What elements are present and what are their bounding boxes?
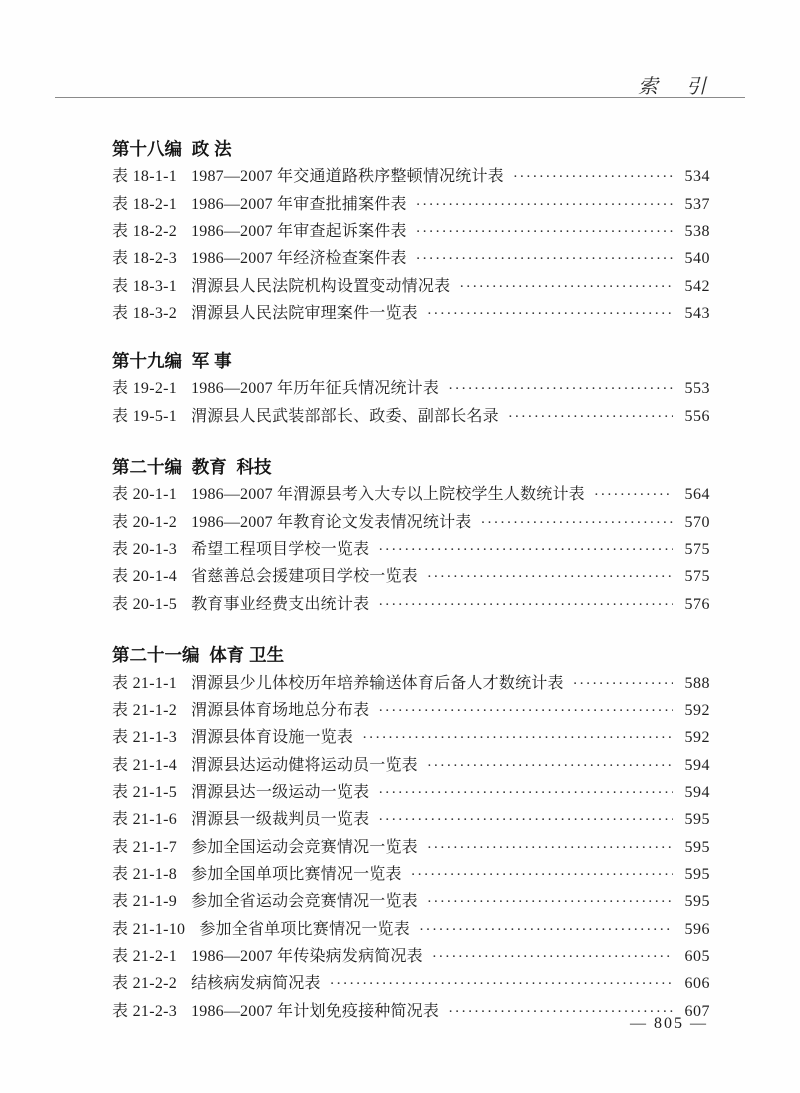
entry-title: 1986—2007 年审查批捕案件表 — [191, 191, 407, 218]
entry-page-number: 596 — [680, 916, 710, 943]
running-head-title: 索 引 — [638, 70, 712, 99]
entry-title: 渭源县体育设施一览表 — [191, 724, 353, 751]
dot-leader: ········································… — [330, 971, 673, 998]
entry-title: 1986—2007 年计划免疫接种简况表 — [191, 998, 439, 1025]
entry-title: 1986—2007 年教育论文发表情况统计表 — [191, 509, 471, 536]
entry-table-number: 表 18-2-1 — [112, 191, 177, 218]
entry-page-number: 556 — [680, 403, 710, 430]
dot-leader: ········································… — [427, 301, 673, 328]
toc-entry: 表 18-2-2 1986—2007 年审查起诉案件表 ············… — [112, 218, 710, 245]
entry-table-number: 表 21-2-3 — [112, 998, 177, 1025]
entry-page-number: 542 — [680, 273, 710, 300]
dot-leader: ········································… — [427, 889, 673, 916]
entry-title: 1986—2007 年渭源县考入大专以上院校学生人数统计表 — [191, 481, 585, 508]
toc-entry: 表 21-2-2 结核病发病简况表 ······················… — [112, 970, 710, 997]
entry-table-number: 表 21-1-7 — [112, 834, 177, 861]
dot-leader: ········································… — [427, 753, 673, 780]
dot-leader: ········································… — [378, 592, 673, 619]
toc-entry: 表 20-1-5 教育事业经费支出统计表 ···················… — [112, 591, 710, 618]
entry-page-number: 595 — [680, 834, 710, 861]
entry-table-number: 表 20-1-3 — [112, 536, 177, 563]
entry-page-number: 534 — [680, 163, 710, 190]
entry-page-number: 570 — [680, 509, 710, 536]
toc-entry: 表 21-2-1 1986—2007 年传染病发病简况表 ···········… — [112, 943, 710, 970]
entry-table-number: 表 21-1-8 — [112, 861, 177, 888]
dot-leader: ········································… — [508, 404, 673, 431]
toc-entry: 表 18-2-1 1986—2007 年审查批捕案件表 ············… — [112, 191, 710, 218]
dot-leader: ········································… — [573, 671, 673, 698]
dot-leader: ········································… — [480, 510, 673, 537]
entry-page-number: 595 — [680, 806, 710, 833]
toc-entry: 表 21-1-6 渭源县一级裁判员一览表 ···················… — [112, 806, 710, 833]
page-number: — 805 — — [630, 1015, 708, 1033]
entry-table-number: 表 18-3-2 — [112, 300, 177, 327]
toc-entry: 表 20-1-1 1986—2007 年渭源县考入大专以上院校学生人数统计表 ·… — [112, 481, 710, 508]
entry-table-number: 表 20-1-4 — [112, 563, 177, 590]
entry-table-number: 表 21-2-2 — [112, 970, 177, 997]
entry-table-number: 表 21-1-9 — [112, 888, 177, 915]
entry-page-number: 540 — [680, 245, 710, 272]
toc-entry: 表 21-1-3 渭源县体育设施一览表 ····················… — [112, 724, 710, 751]
dot-leader: ········································… — [411, 862, 673, 889]
entry-page-number: 592 — [680, 697, 710, 724]
toc-list: 第十八编 政 法 表 18-1-1 1987—2007 年交通道路秩序整顿情况统… — [112, 136, 710, 1025]
dot-leader: ········································… — [459, 274, 673, 301]
toc-entry: 表 20-1-3 希望工程项目学校一览表 ···················… — [112, 536, 710, 563]
entry-title: 1986—2007 年传染病发病简况表 — [191, 943, 423, 970]
entry-title: 1986—2007 年经济检查案件表 — [191, 245, 407, 272]
entry-title: 渭源县人民法院机构设置变动情况表 — [191, 273, 450, 300]
toc-entry: 表 21-2-3 1986—2007 年计划免疫接种简况表 ··········… — [112, 998, 710, 1025]
entry-page-number: 592 — [680, 724, 710, 751]
toc-entry: 表 20-1-4 省慈善总会援建项目学校一览表 ················… — [112, 563, 710, 590]
entry-page-number: 605 — [680, 943, 710, 970]
entry-table-number: 表 21-1-3 — [112, 724, 177, 751]
section-heading: 第二十编 教育 科技 — [112, 454, 710, 481]
entry-page-number: 575 — [680, 536, 710, 563]
dot-leader: ········································… — [378, 807, 673, 834]
entry-table-number: 表 18-2-3 — [112, 245, 177, 272]
section-heading: 第十九编 军 事 — [112, 348, 710, 375]
entry-table-number: 表 21-1-5 — [112, 779, 177, 806]
dot-leader: ········································… — [416, 192, 673, 219]
dot-leader: ········································… — [594, 482, 673, 509]
entry-page-number: 594 — [680, 752, 710, 779]
entry-title: 渭源县少儿体校历年培养输送体育后备人才数统计表 — [191, 670, 564, 697]
entry-title: 渭源县一级裁判员一览表 — [191, 806, 369, 833]
toc-entry: 表 18-2-3 1986—2007 年经济检查案件表 ············… — [112, 245, 710, 272]
header-rule — [55, 97, 745, 98]
entry-title: 1986—2007 年历年征兵情况统计表 — [191, 375, 439, 402]
entry-table-number: 表 21-1-4 — [112, 752, 177, 779]
entry-table-number: 表 18-3-1 — [112, 273, 177, 300]
entry-page-number: 543 — [680, 300, 710, 327]
entry-page-number: 595 — [680, 861, 710, 888]
entry-table-number: 表 19-5-1 — [112, 403, 177, 430]
section-heading: 第二十一编 体育 卫生 — [112, 642, 710, 669]
entry-title: 教育事业经费支出统计表 — [191, 591, 369, 618]
toc-entry: 表 18-1-1 1987—2007 年交通道路秩序整顿情况统计表 ······… — [112, 163, 710, 190]
section-heading: 第十八编 政 法 — [112, 136, 710, 163]
entry-title: 1987—2007 年交通道路秩序整顿情况统计表 — [191, 163, 504, 190]
dot-leader: ········································… — [427, 564, 673, 591]
dot-leader: ········································… — [432, 944, 673, 971]
toc-entry: 表 18-3-1 渭源县人民法院机构设置变动情况表 ··············… — [112, 273, 710, 300]
entry-page-number: 564 — [680, 481, 710, 508]
entry-title: 参加全国运动会竞赛情况一览表 — [191, 834, 418, 861]
entry-title: 渭源县人民武装部部长、政委、副部长名录 — [191, 403, 499, 430]
entry-table-number: 表 18-2-2 — [112, 218, 177, 245]
entry-title: 结核病发病简况表 — [191, 970, 321, 997]
entry-table-number: 表 21-1-10 — [112, 916, 185, 943]
entry-title: 渭源县达一级运动一览表 — [191, 779, 369, 806]
entry-title: 渭源县人民法院审理案件一览表 — [191, 300, 418, 327]
entry-title: 省慈善总会援建项目学校一览表 — [191, 563, 418, 590]
entry-table-number: 表 21-2-1 — [112, 943, 177, 970]
entry-table-number: 表 20-1-2 — [112, 509, 177, 536]
entry-page-number: 537 — [680, 191, 710, 218]
toc-entry: 表 21-1-9 参加全省运动会竞赛情况一览表 ················… — [112, 888, 710, 915]
entry-page-number: 538 — [680, 218, 710, 245]
entry-page-number: 575 — [680, 563, 710, 590]
entry-table-number: 表 21-1-1 — [112, 670, 177, 697]
entry-page-number: 576 — [680, 591, 710, 618]
toc-entry: 表 21-1-8 参加全国单项比赛情况一览表 ·················… — [112, 861, 710, 888]
entry-title: 参加全省运动会竞赛情况一览表 — [191, 888, 418, 915]
entry-table-number: 表 21-1-6 — [112, 806, 177, 833]
dot-leader: ········································… — [378, 698, 673, 725]
dot-leader: ········································… — [416, 219, 673, 246]
entry-page-number: 595 — [680, 888, 710, 915]
dot-leader: ········································… — [416, 246, 673, 273]
entry-page-number: 606 — [680, 970, 710, 997]
toc-entry: 表 20-1-2 1986—2007 年教育论文发表情况统计表 ········… — [112, 509, 710, 536]
dot-leader: ········································… — [448, 376, 673, 403]
entry-title: 参加全国单项比赛情况一览表 — [191, 861, 402, 888]
toc-entry: 表 21-1-1 渭源县少儿体校历年培养输送体育后备人才数统计表 ·······… — [112, 670, 710, 697]
toc-entry: 表 21-1-10 参加全省单项比赛情况一览表 ················… — [112, 916, 710, 943]
toc-entry: 表 18-3-2 渭源县人民法院审理案件一览表 ················… — [112, 300, 710, 327]
entry-title: 1986—2007 年审查起诉案件表 — [191, 218, 407, 245]
entry-page-number: 588 — [680, 670, 710, 697]
toc-entry: 表 21-1-5 渭源县达一级运动一览表 ···················… — [112, 779, 710, 806]
entry-page-number: 594 — [680, 779, 710, 806]
entry-page-number: 553 — [680, 375, 710, 402]
entry-table-number: 表 19-2-1 — [112, 375, 177, 402]
entry-table-number: 表 20-1-5 — [112, 591, 177, 618]
toc-entry: 表 21-1-4 渭源县达运动健将运动员一览表 ················… — [112, 752, 710, 779]
toc-entry: 表 21-1-7 参加全国运动会竞赛情况一览表 ················… — [112, 834, 710, 861]
entry-table-number: 表 21-1-2 — [112, 697, 177, 724]
dot-leader: ········································… — [513, 164, 673, 191]
dot-leader: ········································… — [378, 780, 673, 807]
entry-title: 希望工程项目学校一览表 — [191, 536, 369, 563]
index-page: 索 引 第十八编 政 法 表 18-1-1 1987—2007 年交通道路秩序整… — [0, 0, 800, 1093]
entry-title: 参加全省单项比赛情况一览表 — [199, 916, 410, 943]
entry-title: 渭源县达运动健将运动员一览表 — [191, 752, 418, 779]
dot-leader: ········································… — [362, 725, 673, 752]
entry-table-number: 表 18-1-1 — [112, 163, 177, 190]
toc-entry: 表 21-1-2 渭源县体育场地总分布表 ···················… — [112, 697, 710, 724]
dot-leader: ········································… — [419, 917, 673, 944]
entry-title: 渭源县体育场地总分布表 — [191, 697, 369, 724]
entry-table-number: 表 20-1-1 — [112, 481, 177, 508]
dot-leader: ········································… — [378, 537, 673, 564]
toc-entry: 表 19-2-1 1986—2007 年历年征兵情况统计表 ··········… — [112, 375, 710, 402]
dot-leader: ········································… — [427, 835, 673, 862]
toc-entry: 表 19-5-1 渭源县人民武装部部长、政委、副部长名录 ···········… — [112, 403, 710, 430]
